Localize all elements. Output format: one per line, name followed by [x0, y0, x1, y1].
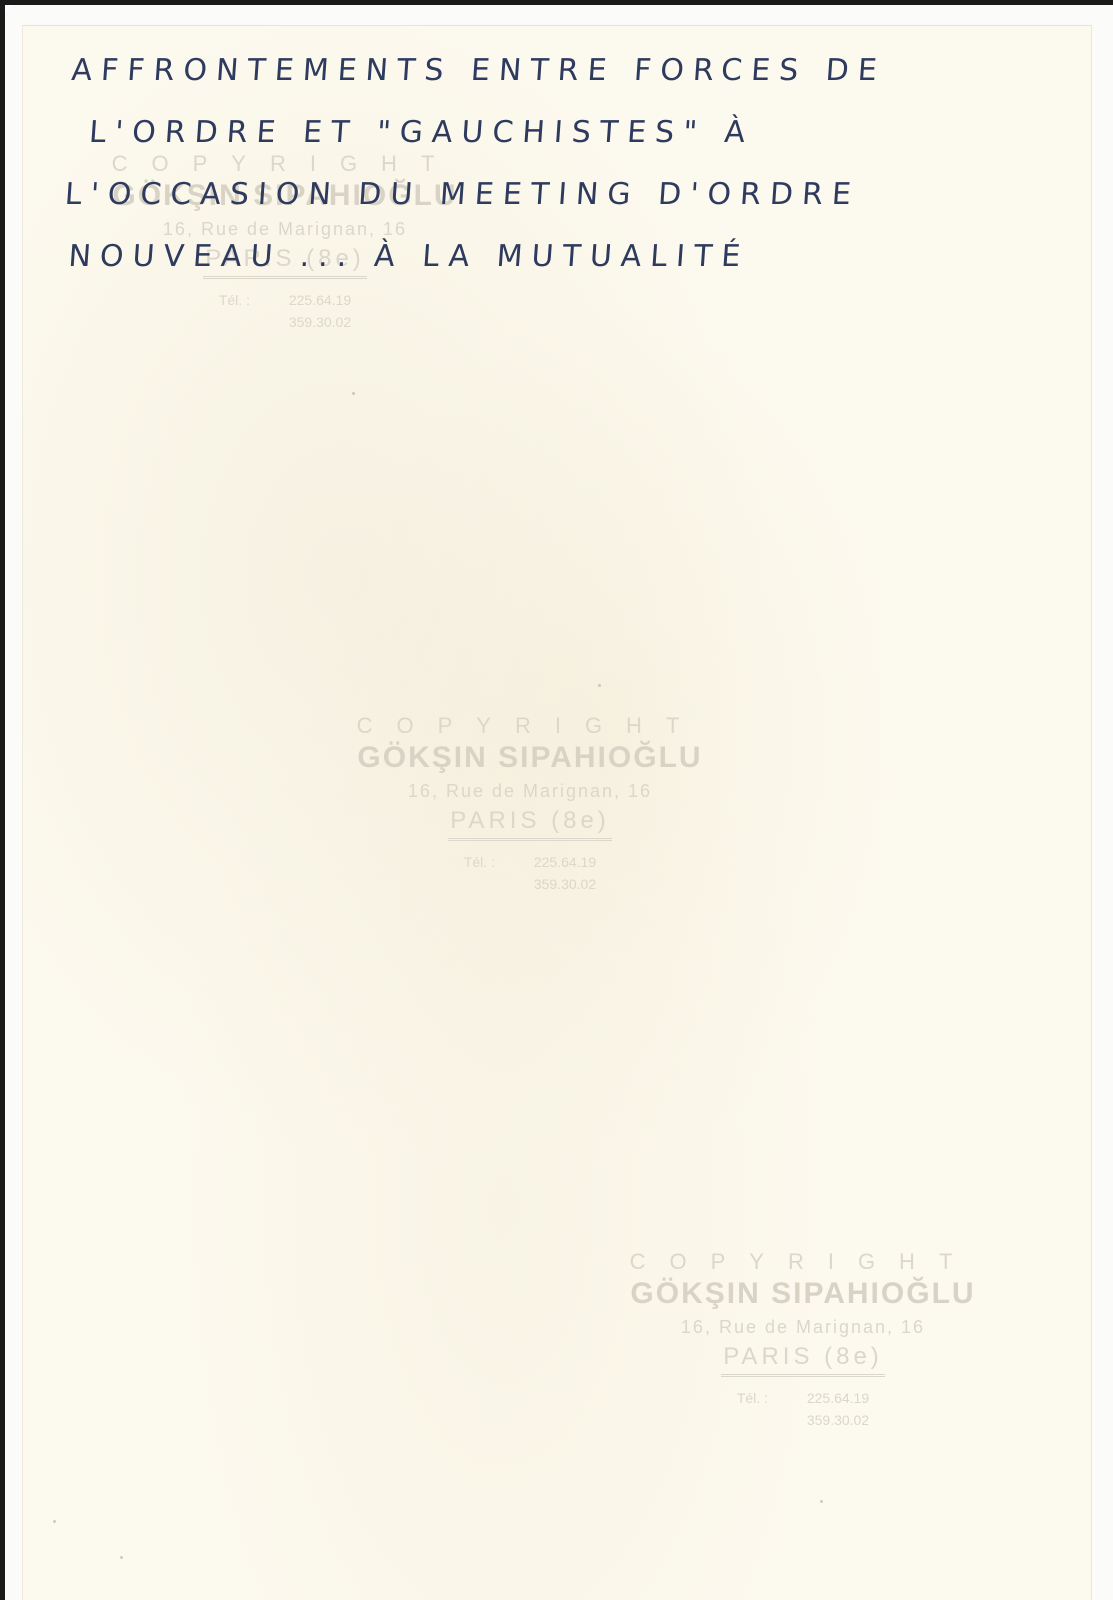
copyright-stamp-bottom: COPYRIGHT GÖKŞIN SIPAHIOĞLU 16, Rue de M…	[583, 1248, 1023, 1431]
stamp-tel-1: 225.64.19	[534, 854, 596, 870]
stamp-photographer-name: GÖKŞIN SIPAHIOĞLU	[310, 740, 750, 776]
paper-speck	[53, 1520, 56, 1523]
stamp-tel-label: Tél. :	[219, 289, 289, 311]
stamp-city: PARIS (8e)	[448, 806, 612, 841]
stamp-copyright-label: COPYRIGHT	[310, 712, 750, 740]
caption-line-3: l'occasion du meeting d'Ordre	[61, 164, 1055, 226]
stamp-tel-1: 225.64.19	[807, 1390, 869, 1406]
stamp-telephone: Tél. :225.64.19 359.30.02	[219, 289, 351, 333]
stamp-photographer-name: GÖKŞIN SIPAHIOĞLU	[583, 1276, 1023, 1312]
stamp-tel-2: 359.30.02	[464, 873, 596, 895]
stamp-copyright-label: COPYRIGHT	[583, 1248, 1023, 1276]
handwritten-caption: Affrontements entre forces de l'ordre et…	[56, 40, 1063, 288]
stamp-tel-label: Tél. :	[464, 851, 534, 873]
stamp-city: PARIS (8e)	[721, 1342, 885, 1377]
paper-speck	[120, 1556, 123, 1559]
stamp-tel-1: 225.64.19	[289, 292, 351, 308]
stamp-tel-label: Tél. :	[737, 1387, 807, 1409]
copyright-stamp-middle: COPYRIGHT GÖKŞIN SIPAHIOĞLU 16, Rue de M…	[310, 712, 750, 895]
paper-speck	[352, 392, 355, 395]
paper-speck	[598, 684, 601, 687]
stamp-telephone: Tél. :225.64.19 359.30.02	[464, 851, 596, 895]
caption-line-4: Nouveau ... à la Mutualité	[56, 226, 1050, 288]
stamp-street-address: 16, Rue de Marignan, 16	[310, 776, 750, 806]
caption-line-1: Affrontements entre forces de	[69, 40, 1063, 102]
stamp-street-address: 16, Rue de Marignan, 16	[583, 1312, 1023, 1342]
stamp-tel-2: 359.30.02	[219, 311, 351, 333]
caption-line-2: l'ordre et "gauchistes" à	[65, 102, 1059, 164]
stamp-tel-2: 359.30.02	[737, 1409, 869, 1431]
paper-speck	[820, 1500, 823, 1503]
stamp-telephone: Tél. :225.64.19 359.30.02	[737, 1387, 869, 1431]
